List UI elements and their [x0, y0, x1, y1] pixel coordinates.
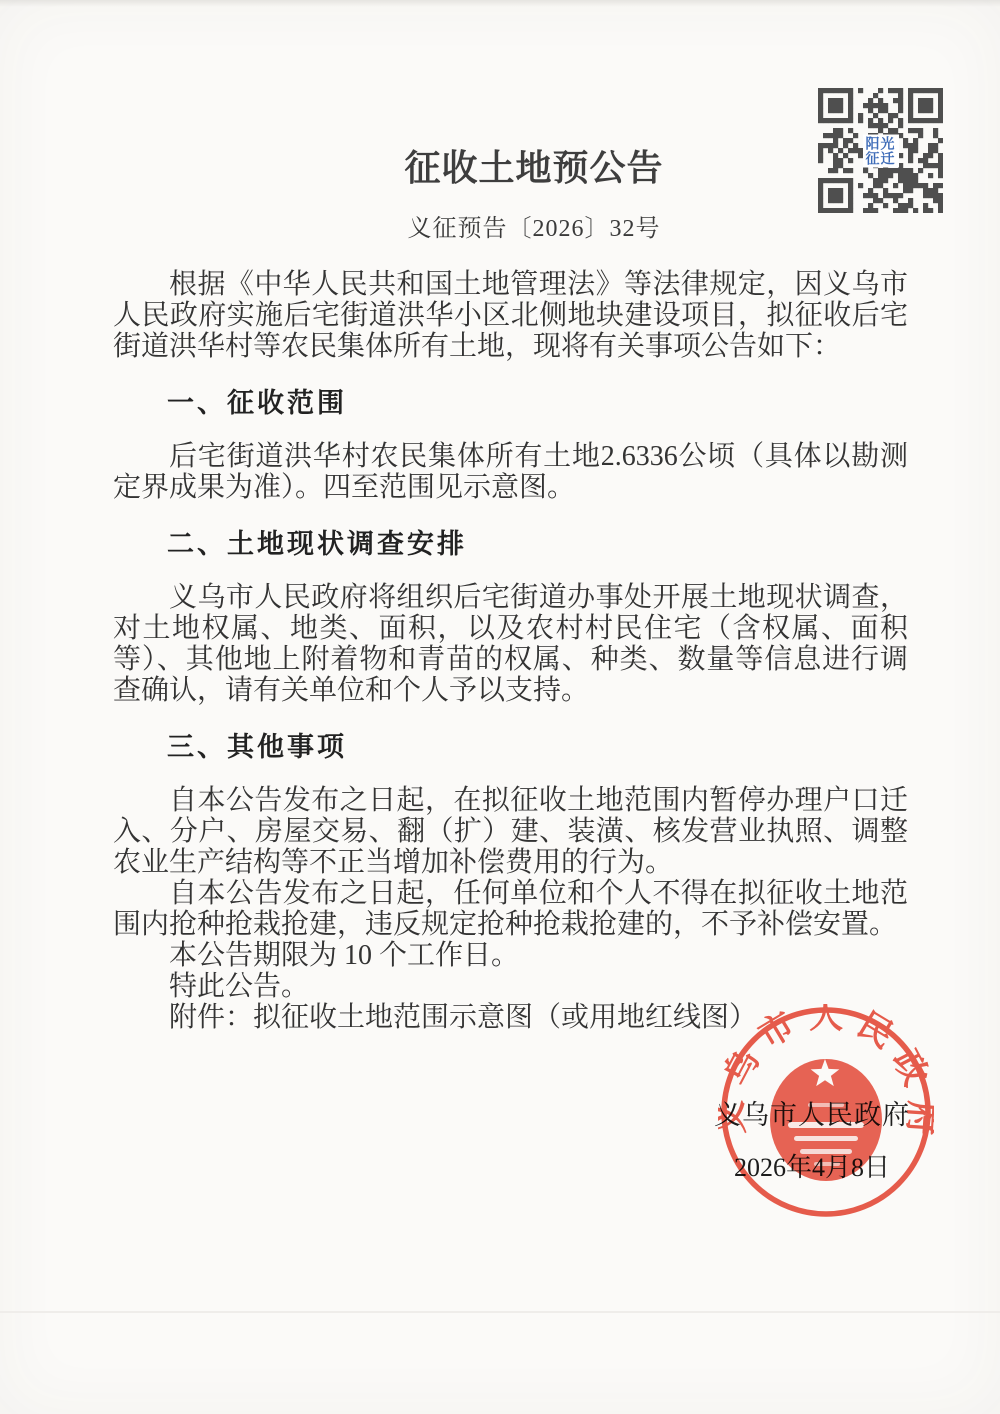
intro-paragraph: 根据《中华人民共和国土地管理法》等法律规定，因义乌市人民政府实施后宅街道洪华小区…	[113, 269, 908, 362]
issuer-name: 义乌市人民政府	[712, 1100, 912, 1131]
page-title: 征收土地预公告	[34, 0, 1000, 189]
section-1-paragraph: 后宅街道洪华村农民集体所有土地2.6336公顷（具体以勘测定界成果为准）。四至范…	[113, 441, 908, 503]
closing-line: 特此公告。	[113, 971, 908, 1002]
issue-date: 2026年4月8日	[712, 1153, 912, 1183]
section-3-paragraph-1: 自本公告发布之日起，在拟征收土地范围内暂停办理户口迁入、分户、房屋交易、翻（扩）…	[113, 785, 908, 878]
document-page: 阳光 征迁 征收土地预公告 义征预告〔2026〕32号 根据《中华人民共和国土地…	[0, 0, 1000, 1414]
section-3-heading: 三、其他事项	[113, 732, 908, 762]
document-body: 根据《中华人民共和国土地管理法》等法律规定，因义乌市人民政府实施后宅街道洪华小区…	[0, 243, 1000, 1033]
document-number: 义征预告〔2026〕32号	[34, 215, 1000, 243]
scan-artifact-line	[0, 1311, 1000, 1313]
section-3-paragraph-2: 自本公告发布之日起，任何单位和个人不得在拟征收土地范围内抢种抢栽抢建，违反规定抢…	[113, 878, 908, 940]
notice-period-line: 本公告期限为 10 个工作日。	[113, 940, 908, 971]
section-2-heading: 二、土地现状调查安排	[113, 529, 908, 559]
section-1-heading: 一、征收范围	[113, 388, 908, 418]
signature-block: 义乌市人民政府 2026年4月8日	[712, 1100, 912, 1183]
emblem-star	[811, 1059, 840, 1086]
section-2-paragraph: 义乌市人民政府将组织后宅街道办事处开展土地现状调查，对土地权属、地类、面积，以及…	[113, 582, 908, 706]
attachment-line: 附件：拟征收土地范围示意图（或用地红线图）	[113, 1002, 908, 1033]
